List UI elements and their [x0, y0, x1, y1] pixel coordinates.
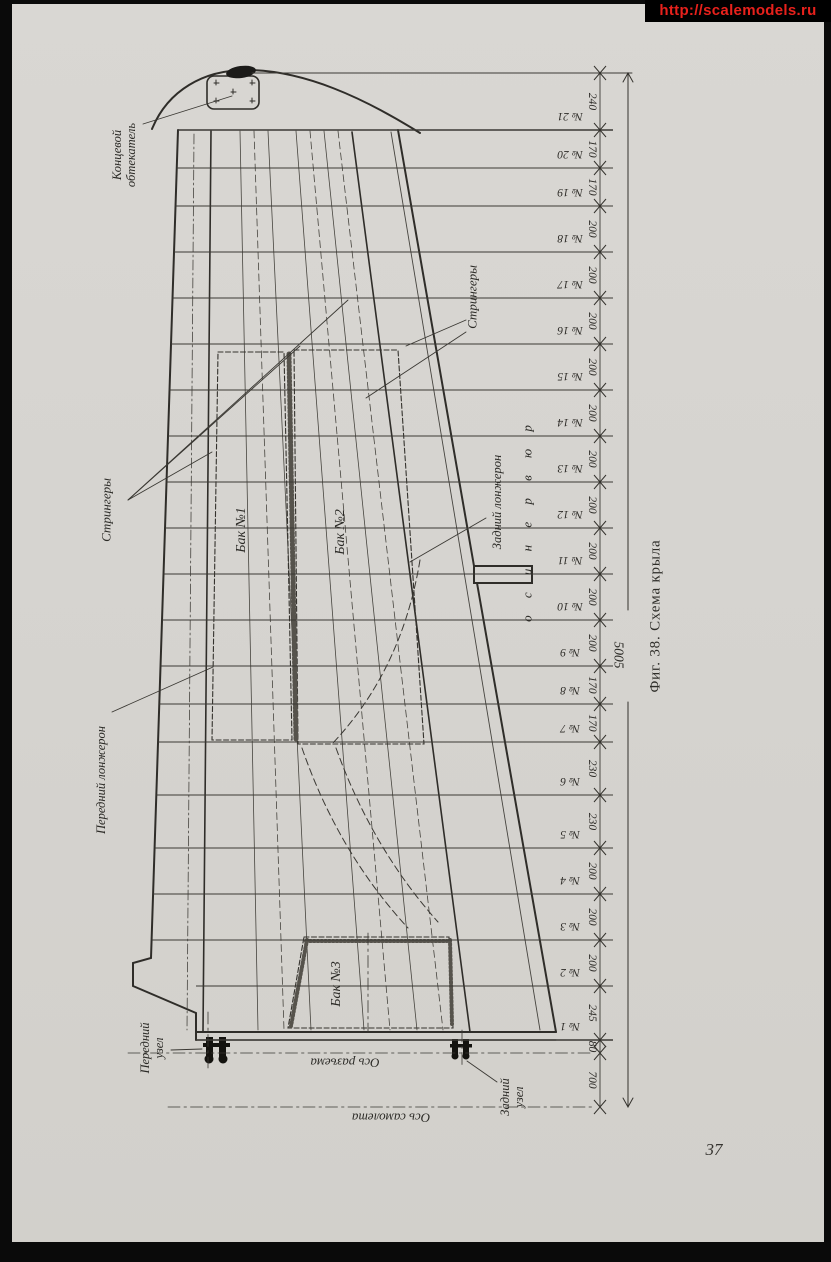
- dimension-label: 200: [586, 954, 598, 972]
- rib-number-label: № 12: [557, 508, 583, 520]
- dimension-label: 200: [586, 450, 598, 468]
- tip-light: [225, 64, 256, 80]
- tank-outlines: [212, 350, 453, 1028]
- dimension-label: 200: [586, 404, 598, 422]
- rib-number-label: № 19: [557, 186, 583, 198]
- dimension-label: 230: [586, 813, 598, 831]
- dimension-label: 200: [586, 358, 598, 376]
- rib-number-label: № 16: [557, 324, 583, 336]
- rib-number-label: № 15: [557, 370, 583, 382]
- label-tank2: Бак №2: [333, 497, 349, 567]
- rib-number-label: № 9: [560, 646, 581, 658]
- rib-number-label: № 20: [557, 148, 583, 160]
- label-stringers-left: Стрингеры: [100, 465, 115, 555]
- watermark-banner: http://scalemodels.ru: [645, 0, 831, 22]
- label-rear-node: Задний узел: [498, 1072, 526, 1122]
- dimension-label: 230: [586, 760, 598, 778]
- dimension-label: 200: [586, 496, 598, 514]
- dimension-label: 200: [586, 908, 598, 926]
- dimension-label: 240: [586, 93, 598, 111]
- rib-number-label: № 21: [557, 110, 583, 122]
- front-node-fitting: [203, 1037, 230, 1064]
- label-aircraft-axis: Ось самолета: [331, 1110, 451, 1125]
- label-tank3: Бак №3: [329, 949, 345, 1019]
- rib-number-label: № 11: [558, 554, 583, 566]
- dimension-label: 200: [586, 542, 598, 560]
- rib-number-label: № 14: [557, 416, 583, 428]
- dimension-label: 170: [586, 676, 598, 694]
- rib-number-label: № 17: [556, 278, 583, 290]
- page-number: 37: [692, 1140, 736, 1160]
- label-front-node: Передний узел: [138, 1016, 166, 1080]
- scan-border-right: [824, 0, 831, 1262]
- label-ribs-axis: о с и н е р в ю р: [521, 370, 536, 670]
- rib-number-label: № 3: [560, 920, 581, 932]
- rib-number-label: № 5: [560, 828, 581, 840]
- rib-number-label: № 18: [557, 232, 583, 244]
- dimension-label: 80: [586, 1041, 598, 1053]
- front-spar-line: [203, 131, 211, 1032]
- dimension-label: 170: [586, 140, 598, 158]
- rib-number-label: № 8: [560, 684, 581, 696]
- wing-schema-figure: № 21№ 20№ 19№ 18№ 17№ 16№ 15№ 14№ 13№ 12…: [0, 0, 831, 1262]
- tank3-hatch: [291, 940, 452, 1026]
- figure-caption: Фиг. 38. Схема крыла: [648, 509, 665, 724]
- dimension-label: 200: [586, 588, 598, 606]
- rib-stations: № 21№ 20№ 19№ 18№ 17№ 16№ 15№ 14№ 13№ 12…: [152, 66, 613, 1114]
- rib-number-label: № 1: [560, 1020, 580, 1032]
- label-front-spar: Передний лонжерон: [94, 705, 108, 855]
- dimension-label: 170: [586, 178, 598, 196]
- rib-number-label: № 13: [557, 462, 583, 474]
- scan-border-bottom: [0, 1242, 831, 1262]
- dimension-label: 200: [586, 220, 598, 238]
- label-tank1: Бак №1: [234, 495, 250, 565]
- label-stringers-right: Стрингеры: [466, 252, 481, 342]
- dimension-label: 700: [586, 1071, 598, 1089]
- label-tip-fairing: Концевой обтекатель: [110, 115, 138, 195]
- dimension-label: 170: [586, 714, 598, 732]
- dimension-label: 200: [586, 312, 598, 330]
- scanned-page: № 21№ 20№ 19№ 18№ 17№ 16№ 15№ 14№ 13№ 12…: [0, 0, 831, 1262]
- rib-number-label: № 10: [557, 600, 583, 612]
- dimension-label: 200: [586, 266, 598, 284]
- label-rear-spar: Задний лонжерон: [490, 437, 504, 567]
- leading-edge: [133, 130, 196, 1040]
- rib-number-label: № 4: [560, 874, 581, 886]
- rib-number-label: № 6: [560, 775, 581, 787]
- label-total-dimension: 5005: [611, 625, 626, 685]
- tip-fairing-curve: [152, 70, 420, 133]
- scan-border-left: [0, 0, 12, 1262]
- dimension-label: 200: [586, 634, 598, 652]
- front-spar-axis: [187, 134, 194, 1030]
- rear-node-fitting: [450, 1039, 472, 1060]
- label-joint-axis: Ось разъема: [285, 1055, 405, 1070]
- stringer-lines: [240, 131, 443, 1030]
- dimension-label: 200: [586, 862, 598, 880]
- rib-number-label: № 7: [559, 722, 581, 734]
- dimension-label: 245: [586, 1004, 598, 1022]
- rear-spar-line: [352, 132, 470, 1032]
- rib-number-label: № 2: [560, 966, 581, 978]
